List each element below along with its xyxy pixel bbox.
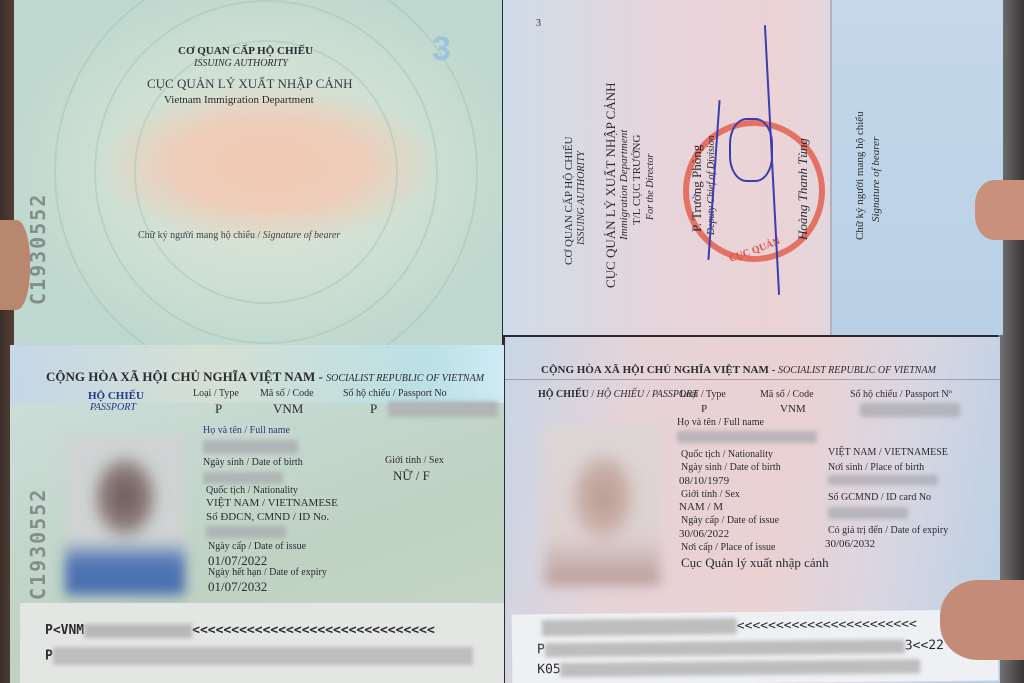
code-label: Mã số / Code xyxy=(260,388,314,399)
pob-label: Nơi sinh / Place of birth xyxy=(828,462,924,473)
finger-right-top xyxy=(975,180,1024,240)
redacted-pob xyxy=(828,475,938,485)
code-value: VNM xyxy=(273,401,303,417)
full-name-label: Họ và tên / Full name xyxy=(203,425,290,436)
issuing-authority-en: ISSUING AUTHORITY xyxy=(194,58,288,69)
nationality-value: VIỆT NAM / VIETNAMESE xyxy=(828,447,948,458)
redacted-passport-no xyxy=(388,401,498,417)
issue-value: 30/06/2022 xyxy=(679,528,729,540)
doc-title-vi: HỘ CHIẾU xyxy=(88,390,144,402)
full-name-label: Họ và tên / Full name xyxy=(677,417,764,428)
redacted-full-name xyxy=(203,440,298,454)
sex-label: Giới tính / Sex xyxy=(681,489,740,500)
expiry-label: Có giá trị đến / Date of expiry xyxy=(828,525,948,536)
doc-title: HỘ CHIẾU / HỘ CHIẾU / PASSPORT xyxy=(538,389,698,400)
for-director-en: For the Director xyxy=(645,154,656,220)
issue-label: Ngày cấp / Date of issue xyxy=(208,541,306,552)
department-en: Vietnam Immigration Department xyxy=(164,94,314,106)
type-value: P xyxy=(215,401,222,417)
passport-no-label: Số hộ chiếu / Passport No xyxy=(343,388,447,399)
deputy-vi: P. Trưởng Phòng xyxy=(689,145,705,232)
type-label: Loại / Type xyxy=(193,388,239,399)
passport-no-label: Số hộ chiếu / Passport Nº xyxy=(850,389,952,400)
country-header: CỘNG HÒA XÃ HỘI CHỦ NGHĨA VIỆT NAM - SOC… xyxy=(541,364,936,376)
nationality-label: Quốc tịch / Nationality xyxy=(206,485,298,496)
redacted-dob xyxy=(203,472,283,484)
type-value: P xyxy=(701,403,707,415)
dob-label: Ngày sinh / Date of birth xyxy=(203,457,303,468)
department-vi: CỤC QUẢN LÝ XUẤT NHẬP CẢNH xyxy=(603,83,619,288)
right-passport-page-3: 3 CƠ QUAN CẤP HỘ CHIẾU ISSUING AUTHORITY… xyxy=(503,0,1003,335)
type-label: Loại / Type xyxy=(680,389,726,400)
redacted-id xyxy=(828,507,908,519)
for-director-vi: T/L CỤC TRƯỞNG xyxy=(631,135,643,225)
left-mrz-zone: P<VNM<<<<<<<<<<<<<<<<<<<<<<<<<<<<<<< P xyxy=(20,603,504,683)
id-label: Số GCMND / ID card No xyxy=(828,492,931,503)
issuing-authority-vi: CƠ QUAN CẤP HỘ CHIẾU xyxy=(178,45,313,57)
expiry-value: 30/06/2032 xyxy=(825,538,875,550)
place-issue-label: Nơi cấp / Place of issue xyxy=(681,542,775,553)
signer-name: Hoàng Thanh Tùng xyxy=(795,138,811,240)
bearer-signature-panel: Chữ ký người mang hộ chiếu Signature of … xyxy=(832,0,1003,335)
bearer-photo xyxy=(65,435,185,595)
perforated-number: C1930552 xyxy=(26,488,50,600)
mrz-line-1: <<<<<<<<<<<<<<<<<<<<<<< xyxy=(542,616,917,636)
signature-label: Chữ ký người mang hộ chiếu xyxy=(854,111,866,240)
department-en: Immigration Department xyxy=(618,130,630,240)
left-passport-page-3: 3 CƠ QUAN CẤP HỘ CHIẾU ISSUING AUTHORITY… xyxy=(14,0,502,345)
country-header: CỘNG HÒA XÃ HỘI CHỦ NGHĨA VIỆT NAM - SOC… xyxy=(46,369,484,385)
perforated-number: C1930552 xyxy=(26,193,50,305)
issuing-authority-vi: CƠ QUAN CẤP HỘ CHIẾU xyxy=(563,136,575,265)
handwritten-signature xyxy=(729,118,773,182)
id-label: Số ĐDCN, CMND / ID No. xyxy=(206,511,329,523)
finger-right-bottom xyxy=(940,580,1024,660)
issuing-authority-en: ISSUING AUTHORITY xyxy=(576,151,587,245)
code-label: Mã số / Code xyxy=(760,389,814,400)
redacted-id xyxy=(206,526,286,538)
mrz-line-1: P<VNM<<<<<<<<<<<<<<<<<<<<<<<<<<<<<<< xyxy=(45,623,435,638)
sex-value: NAM / M xyxy=(679,501,723,513)
nationality-label: Quốc tịch / Nationality xyxy=(681,449,773,460)
department-vi: CỤC QUẢN LÝ XUẤT NHẬP CẢNH xyxy=(147,76,352,92)
right-mrz-zone: <<<<<<<<<<<<<<<<<<<<<<< P3<<22 K05 xyxy=(512,609,999,683)
dob-value: 08/10/1979 xyxy=(679,475,729,487)
place-issue-value: Cục Quản lý xuất nhập cảnh xyxy=(681,555,829,571)
expiry-value: 01/07/2032 xyxy=(208,579,267,595)
sex-label: Giới tính / Sex xyxy=(385,455,444,466)
code-value: VNM xyxy=(780,403,806,415)
expiry-label: Ngày hết hạn / Date of expiry xyxy=(208,567,327,578)
mrz-line-2: P xyxy=(45,647,473,665)
sex-value: NỮ / F xyxy=(393,468,430,484)
mrz-line-3: K05 xyxy=(537,658,921,677)
mrz-line-2: P3<<22 xyxy=(537,638,944,657)
redacted-full-name xyxy=(677,431,817,443)
dob-label: Ngày sinh / Date of birth xyxy=(681,462,781,473)
header-rule xyxy=(505,379,1000,380)
redacted-passport-no xyxy=(860,403,960,417)
page-number: 3 xyxy=(432,30,451,69)
issue-label: Ngày cấp / Date of issue xyxy=(681,515,779,526)
page-number: 3 xyxy=(536,18,541,29)
finger-left xyxy=(0,220,30,310)
passport-no-value: P xyxy=(370,401,377,417)
signature-label-en: Signature of bearer xyxy=(870,137,882,222)
signature-label: Chữ ký người mang hộ chiếu / Signature o… xyxy=(138,230,340,241)
doc-title-en: PASSPORT xyxy=(90,402,136,413)
nationality-value: VIỆT NAM / VIETNAMESE xyxy=(206,497,338,509)
bearer-photo xyxy=(545,427,660,585)
